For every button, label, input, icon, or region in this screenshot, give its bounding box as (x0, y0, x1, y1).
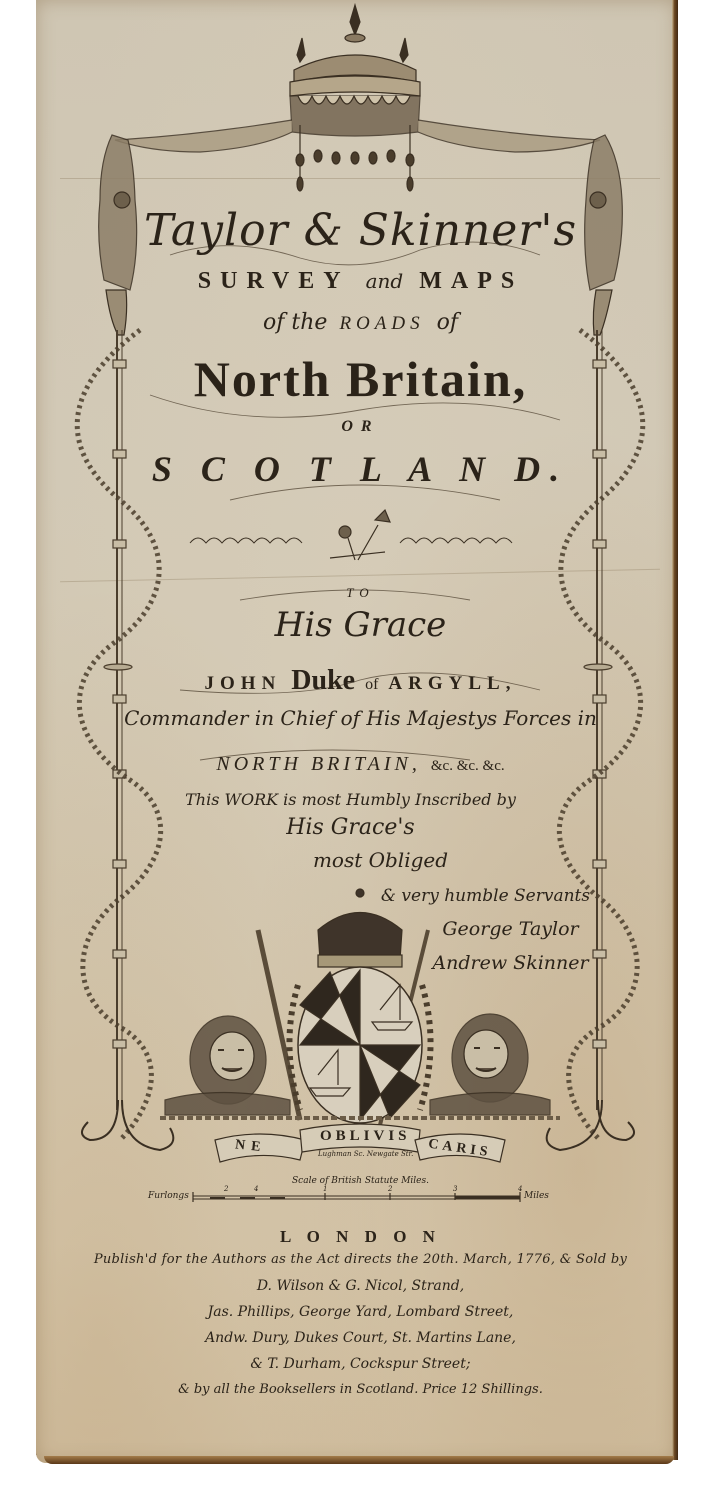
scale-label-furlongs: Furlongs (148, 1191, 189, 1201)
scale-tick-mile-2: 2 (388, 1185, 392, 1193)
right-lion-icon (430, 1014, 550, 1115)
title-of-the: of the (263, 310, 327, 335)
engraver-credit: Lughman Sc. Newgate Str. (318, 1150, 413, 1158)
imprint-line-4: Andw. Dury, Dukes Court, St. Martins Lan… (0, 1330, 721, 1346)
canopy-icon (290, 5, 420, 191)
name-of: of (365, 676, 378, 693)
name-argyll: ARGYLL, (388, 673, 516, 694)
title-maps: MAPS (419, 268, 523, 294)
title-author-names: Taylor & Skinner's (0, 205, 721, 256)
closing-most-obliged: most Obliged (20, 848, 721, 872)
title-roads: ROADS (339, 313, 424, 334)
title-of-the-roads: of the ROADS of (0, 310, 721, 335)
dedication-inscription: This WORK is most Humbly Inscribed by (0, 790, 711, 809)
thistle-rose-icon (190, 510, 512, 560)
imprint-line-5: & T. Durham, Cockspur Street; (0, 1356, 721, 1372)
signatory-george-taylor: George Taylor (150, 918, 721, 940)
scale-tick-mile-4: 4 (518, 1185, 522, 1193)
dedication-to: TO (0, 585, 721, 601)
motto-ne: NE (234, 1137, 267, 1156)
closing-humble-servants: & very humble Servants (125, 886, 721, 906)
imprint-line-1: Publish'd for the Authors as the Act dir… (0, 1252, 721, 1267)
title-scotland: S C O T L A N D. (0, 448, 721, 490)
signatory-andrew-skinner: Andrew Skinner (150, 952, 721, 974)
left-lion-icon (165, 1016, 290, 1115)
scale-tick-furlong-4: 4 (254, 1185, 258, 1193)
place-etc: &c. &c. &c. (431, 758, 505, 774)
scale-tick-furlong-2: 2 (224, 1185, 228, 1193)
scale-bar-icon (193, 1192, 520, 1202)
imprint-line-6: & by all the Booksellers in Scotland. Pr… (0, 1382, 721, 1397)
title-survey: SURVEY (198, 268, 350, 294)
imprint-city: L O N D O N (0, 1227, 721, 1247)
scale-tick-mile-3: 3 (453, 1185, 457, 1193)
imprint-line-3: Jas. Phillips, George Yard, Lombard Stre… (0, 1304, 721, 1320)
dedication-office: Commander in Chief of His Majestys Force… (0, 706, 721, 730)
dedication-duke-name: JOHN Duke of ARGYLL, (0, 665, 721, 697)
dedication-north-britain: NORTH BRITAIN, &c. &c. &c. (0, 753, 721, 776)
motto-oblivis: OBLIVIS (320, 1128, 411, 1145)
title-and: and (366, 269, 404, 293)
name-john: JOHN (205, 673, 282, 694)
imprint-line-2: D. Wilson & G. Nicol, Strand, (0, 1278, 721, 1294)
place-north-britain: NORTH BRITAIN, (216, 753, 421, 775)
title-survey-maps: SURVEY and MAPS (0, 268, 721, 295)
title-of: of (437, 310, 458, 335)
scale-label-miles: Miles (524, 1191, 549, 1201)
name-duke: Duke (291, 665, 355, 696)
scale-tick-mile-1: 1 (323, 1185, 327, 1193)
title-or: OR (0, 418, 721, 436)
closing-his-graces: His Grace's (0, 815, 711, 840)
title-north-britain: North Britain, (0, 350, 721, 408)
dedication-his-grace: His Grace (0, 605, 721, 645)
scale-title: Scale of British Statute Miles. (0, 1176, 721, 1186)
